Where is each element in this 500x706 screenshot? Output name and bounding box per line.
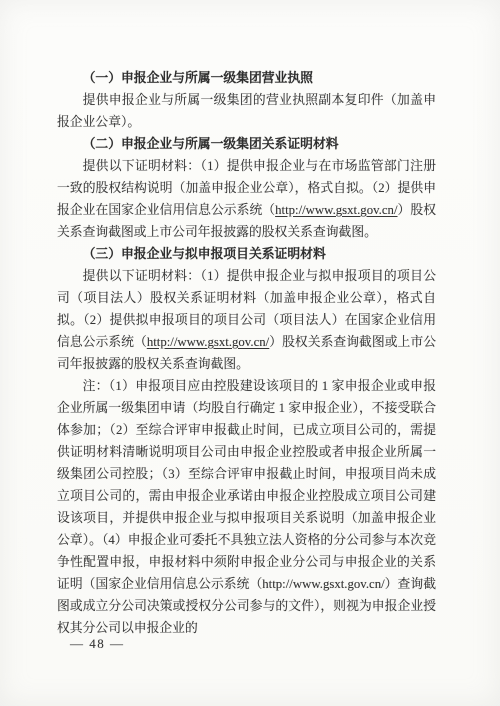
section-heading: （三）申报企业与拟申报项目关系证明材料 — [57, 243, 436, 265]
body-paragraph: 注：（1）申报项目应由控股建设该项目的 1 家申报企业或申报企业所属一级集团申请… — [57, 375, 436, 639]
page-number: — 48 — — [70, 636, 125, 652]
body-paragraph: 提供以下证明材料：（1）提供申报企业与拟申报项目的项目公司（项目法人）股权关系证… — [57, 265, 436, 375]
section-heading: （二）申报企业与所属一级集团关系证明材料 — [57, 133, 436, 155]
text-segment: 注：（1）申报项目应由控股建设该项目的 1 家申报企业或申报企业所属一级集团申请… — [57, 379, 436, 635]
url-text: http://www.gsxt.gov.cn/ — [147, 335, 269, 349]
url-text: http://www.gsxt.gov.cn/ — [275, 203, 397, 217]
body-paragraph: 提供申报企业与所属一级集团的营业执照副本复印件（加盖申报企业公章）。 — [57, 89, 436, 133]
section-heading: （一）申报企业与所属一级集团营业执照 — [57, 67, 436, 89]
text-segment: 提供申报企业与所属一级集团的营业执照副本复印件（加盖申报企业公章）。 — [57, 93, 436, 129]
document-body: （一）申报企业与所属一级集团营业执照提供申报企业与所属一级集团的营业执照副本复印… — [57, 67, 436, 639]
document-page: （一）申报企业与所属一级集团营业执照提供申报企业与所属一级集团的营业执照副本复印… — [0, 0, 500, 706]
body-paragraph: 提供以下证明材料：（1）提供申报企业与在市场监管部门注册一致的股权结构说明（加盖… — [57, 155, 436, 243]
